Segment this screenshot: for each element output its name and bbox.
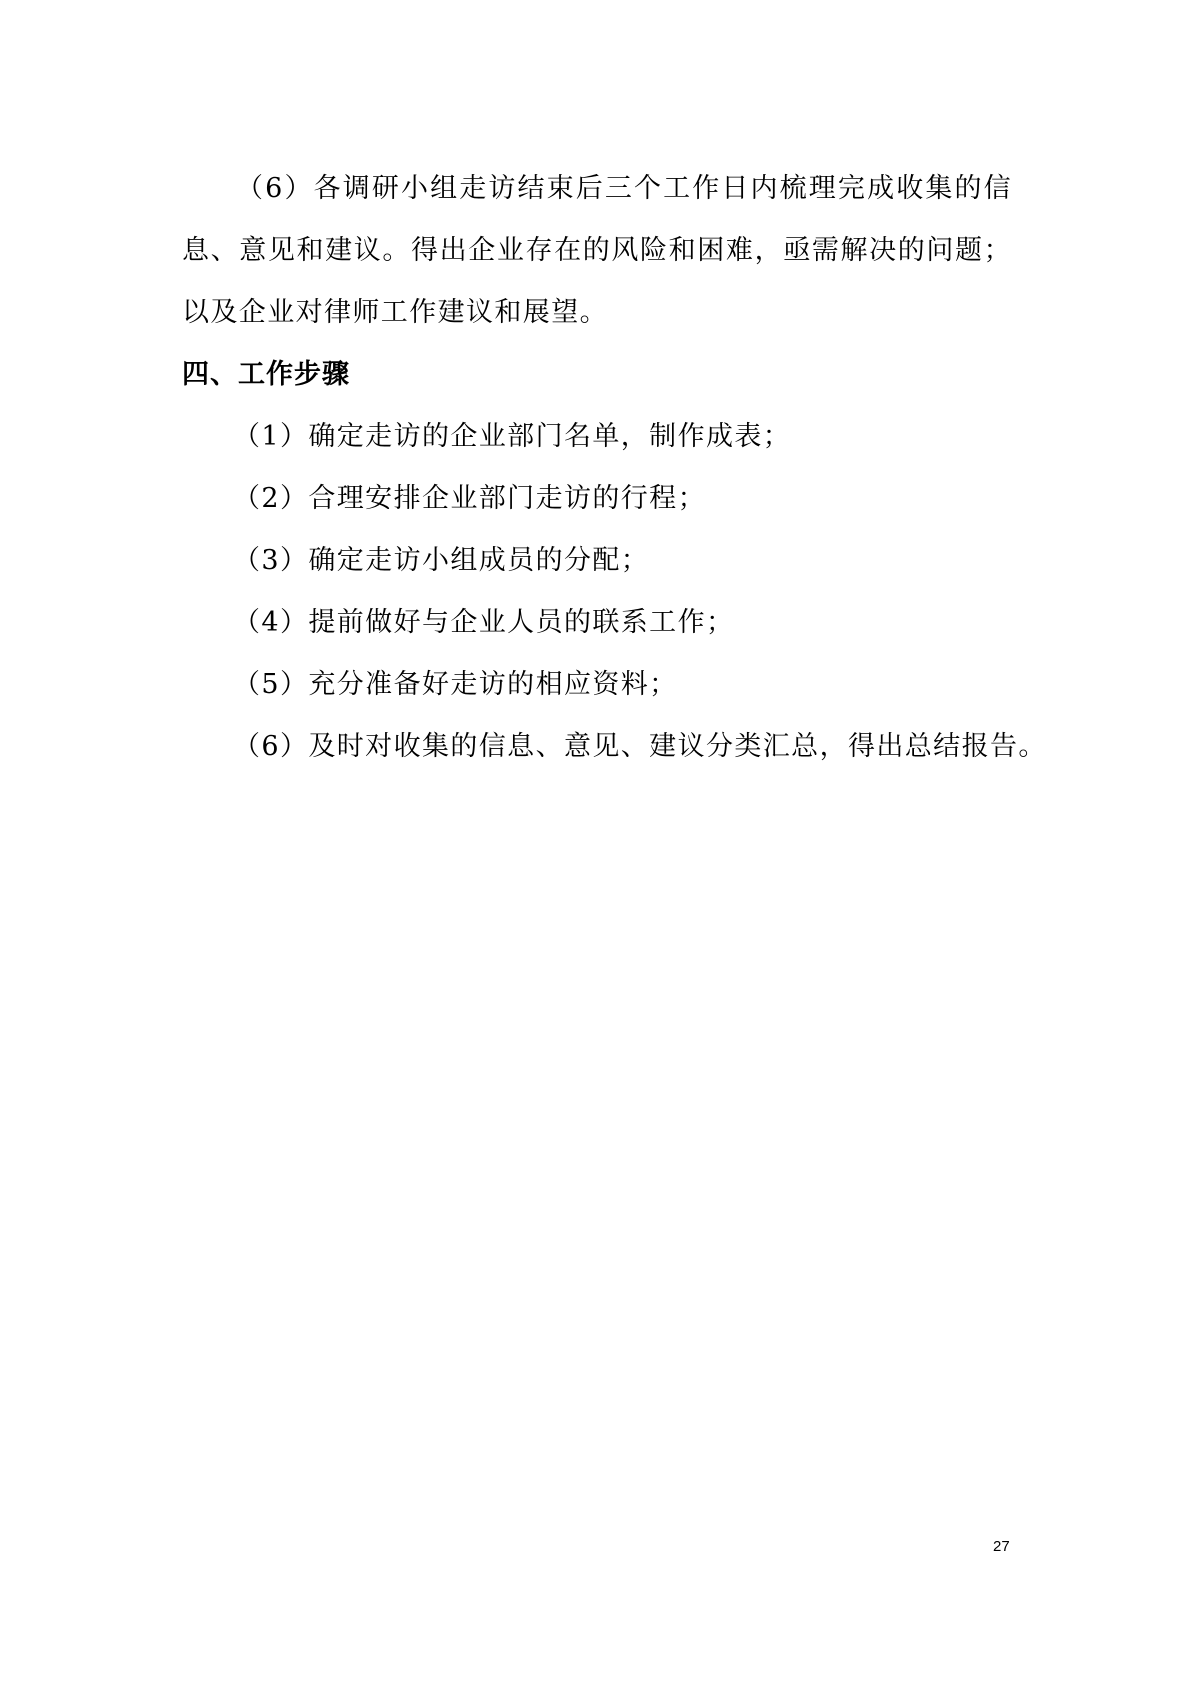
step-item-5: （5）充分准备好走访的相应资料； bbox=[182, 654, 1012, 716]
step-item-6: （6）及时对收集的信息、意见、建议分类汇总，得出总结报告。 bbox=[182, 716, 1012, 778]
document-page-body: （6）各调研小组走访结束后三个工作日内梳理完成收集的信息、意见和建议。得出企业存… bbox=[182, 158, 1012, 778]
step-item-2: （2）合理安排企业部门走访的行程； bbox=[182, 468, 1012, 530]
work-steps-list: （1）确定走访的企业部门名单，制作成表； （2）合理安排企业部门走访的行程； （… bbox=[182, 406, 1012, 778]
section-heading: 四、工作步骤 bbox=[182, 344, 1012, 406]
step-item-3: （3）确定走访小组成员的分配； bbox=[182, 530, 1012, 592]
step-item-1: （1）确定走访的企业部门名单，制作成表； bbox=[182, 406, 1012, 468]
page-number: 27 bbox=[993, 1538, 1010, 1555]
paragraph-item-6: （6）各调研小组走访结束后三个工作日内梳理完成收集的信息、意见和建议。得出企业存… bbox=[182, 158, 1012, 344]
step-item-4: （4）提前做好与企业人员的联系工作； bbox=[182, 592, 1012, 654]
